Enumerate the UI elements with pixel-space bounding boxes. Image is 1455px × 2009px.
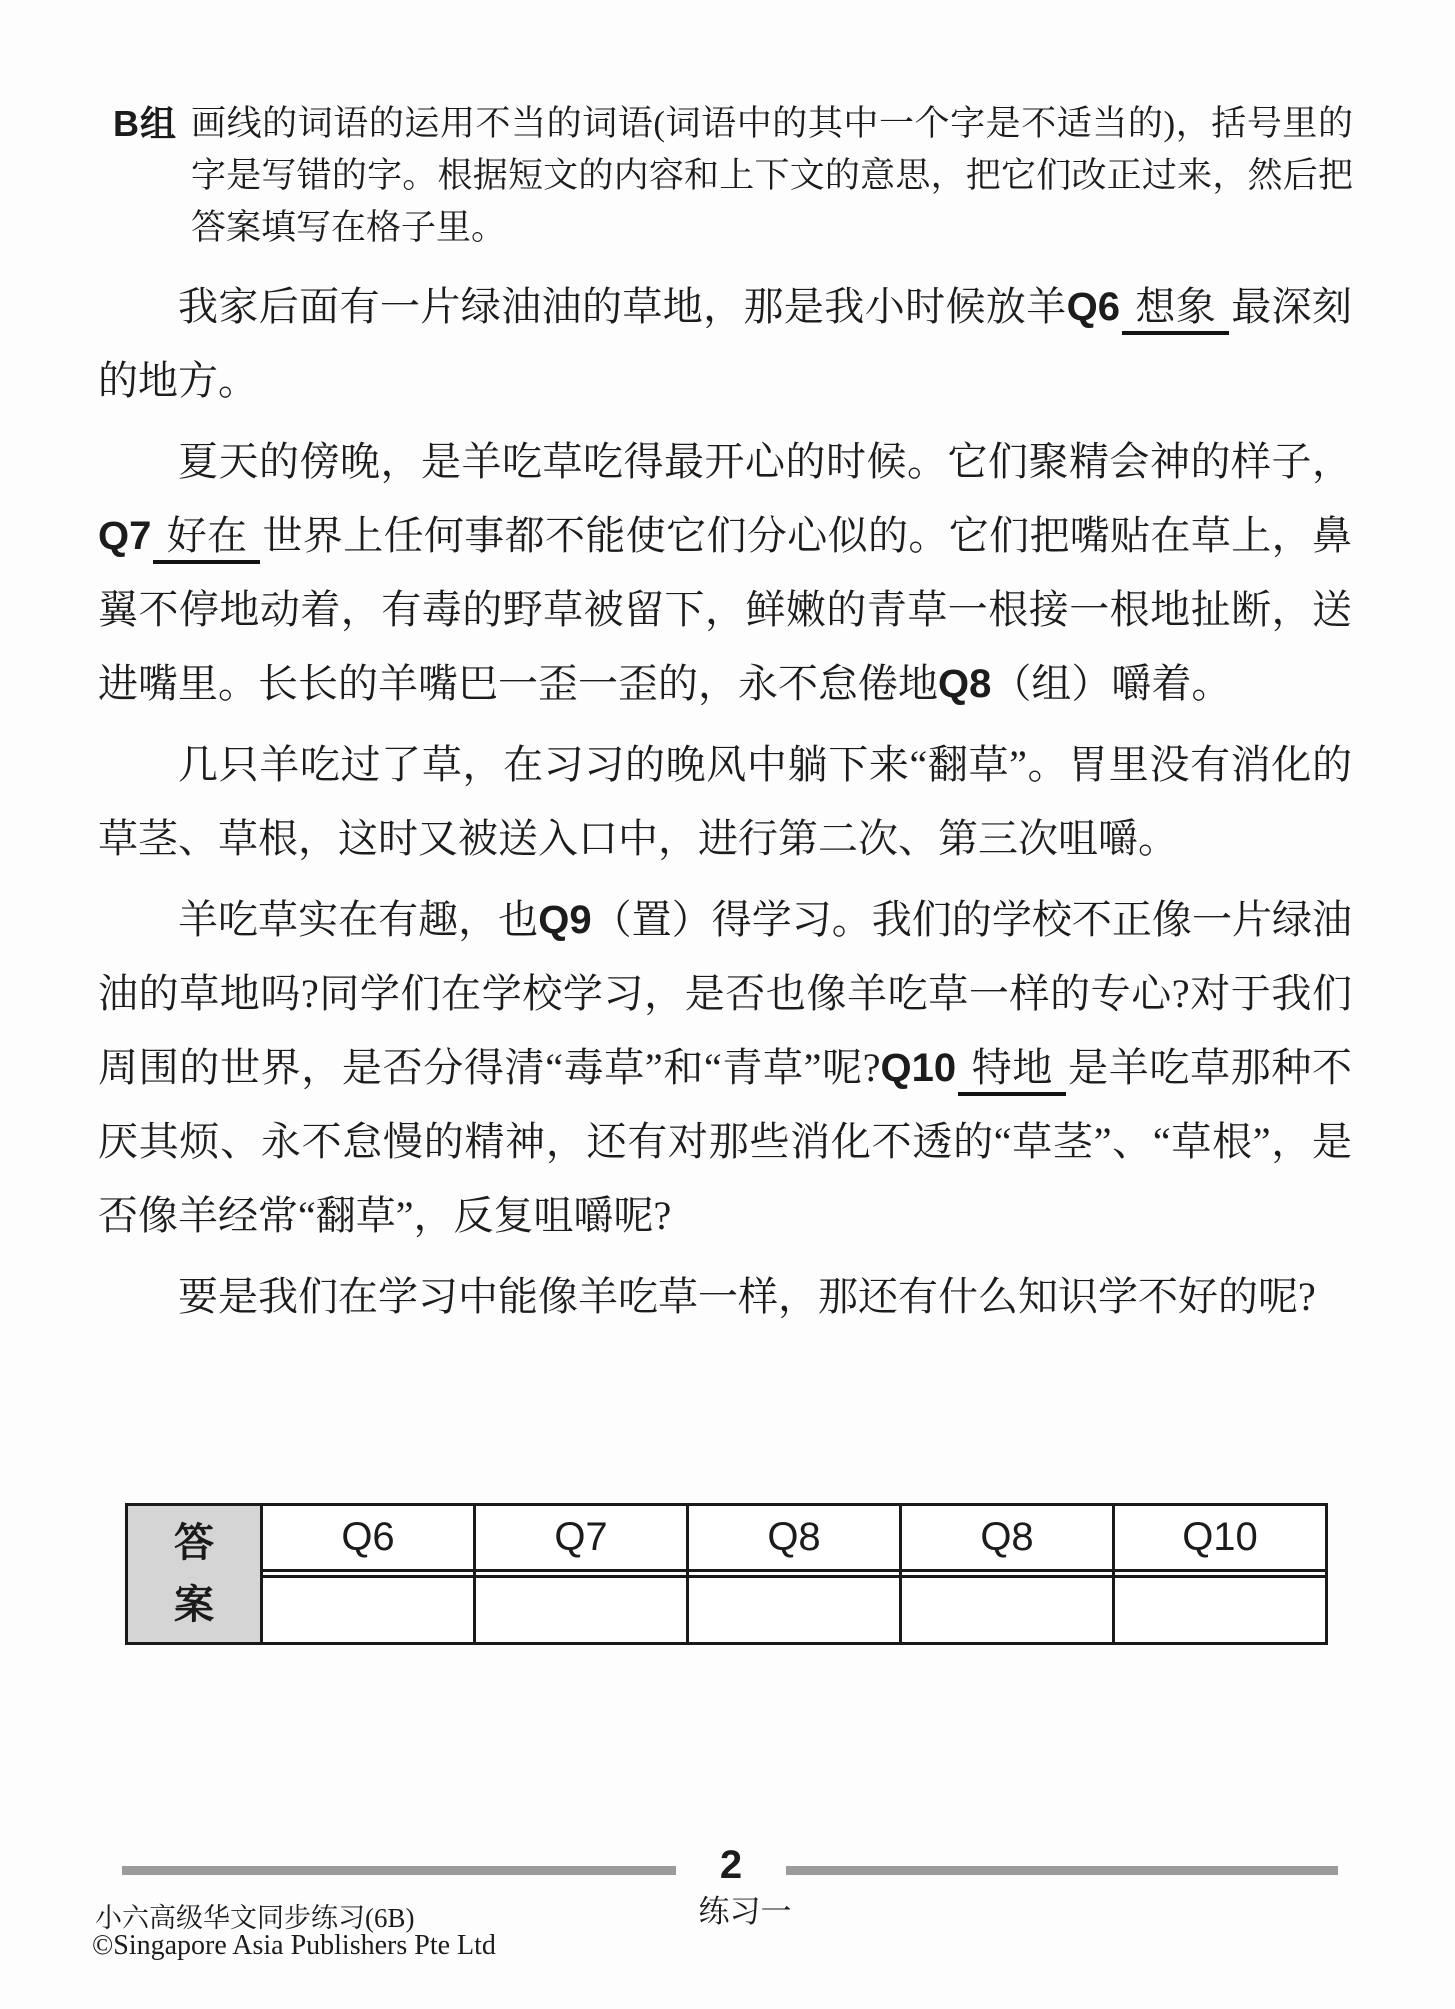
answer-column-header-q10: Q10 bbox=[1114, 1505, 1327, 1571]
section-header: B组 画线的词语的运用不当的词语(词语中的其中一个字是不适当的)，括号里的字是写… bbox=[113, 98, 1353, 254]
answer-row-label-text: 答案 bbox=[173, 1512, 215, 1636]
question-number-label: Q10 bbox=[881, 1046, 957, 1090]
question-number-label: Q7 bbox=[98, 514, 151, 558]
answer-input-row bbox=[127, 1577, 1327, 1644]
underlined-word: 好在 bbox=[153, 513, 260, 564]
passage-text: 我家后面有一片绿油油的草地，那是我小时候放羊 bbox=[178, 284, 1067, 329]
answer-column-header-q8b: Q8 bbox=[901, 1505, 1114, 1571]
underlined-word: 特地 bbox=[958, 1045, 1066, 1096]
answer-cell-q8[interactable] bbox=[688, 1577, 901, 1644]
passage-paragraph: 羊吃草实在有趣，也Q9（置）得学习。我们的学校不正像一片绿油油的草地吗?同学们在… bbox=[98, 883, 1352, 1253]
passage-text: 要是我们在学习中能像羊吃草一样，那还有什么知识学不好的呢? bbox=[178, 1274, 1316, 1319]
section-label: B组 bbox=[113, 98, 191, 150]
passage-text: 羊吃草实在有趣，也 bbox=[178, 897, 538, 942]
passage-text: 几只羊吃过了草，在习习的晚风中躺下来“翻草”。胃里没有消化的草茎、草根，这时又被… bbox=[98, 742, 1352, 861]
answer-cell-q7[interactable] bbox=[475, 1577, 688, 1644]
question-number-label: Q9 bbox=[538, 898, 591, 942]
answer-cell-q10[interactable] bbox=[1114, 1577, 1327, 1644]
page-number: 2 bbox=[676, 1841, 786, 1889]
footer-rule-right bbox=[786, 1866, 1338, 1875]
answer-column-header-q7: Q7 bbox=[475, 1505, 688, 1571]
passage-paragraph: 要是我们在学习中能像羊吃草一样，那还有什么知识学不好的呢? bbox=[98, 1260, 1352, 1334]
underlined-word: 想象 bbox=[1122, 284, 1229, 335]
question-number-label: Q6 bbox=[1067, 285, 1120, 329]
exercise-label: 练习一 bbox=[645, 1886, 845, 1931]
footer-rule-left bbox=[122, 1866, 676, 1875]
passage-text: （组）嚼着。 bbox=[991, 661, 1231, 706]
question-number-label: Q8 bbox=[938, 662, 991, 706]
passage-paragraph: 夏天的傍晚，是羊吃草吃得最开心的时候。它们聚精会神的样子，Q7好在世界上任何事都… bbox=[98, 425, 1352, 721]
reading-passage: 我家后面有一片绿油油的草地，那是我小时候放羊Q6想象最深刻的地方。 夏天的傍晚，… bbox=[98, 270, 1352, 1341]
passage-text: 夏天的傍晚，是羊吃草吃得最开心的时候。它们聚精会神的样子， bbox=[178, 439, 1352, 484]
passage-paragraph: 我家后面有一片绿油油的草地，那是我小时候放羊Q6想象最深刻的地方。 bbox=[98, 270, 1352, 418]
answer-column-header-q6: Q6 bbox=[262, 1505, 475, 1571]
answer-cell-q8b[interactable] bbox=[901, 1577, 1114, 1644]
copyright-notice: ©Singapore Asia Publishers Pte Ltd bbox=[92, 1930, 496, 1962]
worksheet-page: B组 画线的词语的运用不当的词语(词语中的其中一个字是不适当的)，括号里的字是写… bbox=[0, 0, 1455, 2009]
answer-table-header-row: 答案 Q6 Q7 Q8 Q8 Q10 bbox=[127, 1505, 1327, 1571]
answer-column-header-q8: Q8 bbox=[688, 1505, 901, 1571]
answer-cell-q6[interactable] bbox=[262, 1577, 475, 1644]
answer-row-label: 答案 bbox=[127, 1505, 262, 1644]
section-instructions: 画线的词语的运用不当的词语(词语中的其中一个字是不适当的)，括号里的字是写错的字… bbox=[191, 98, 1353, 254]
answer-table: 答案 Q6 Q7 Q8 Q8 Q10 bbox=[125, 1503, 1328, 1645]
passage-paragraph: 几只羊吃过了草，在习习的晚风中躺下来“翻草”。胃里没有消化的草茎、草根，这时又被… bbox=[98, 728, 1352, 876]
